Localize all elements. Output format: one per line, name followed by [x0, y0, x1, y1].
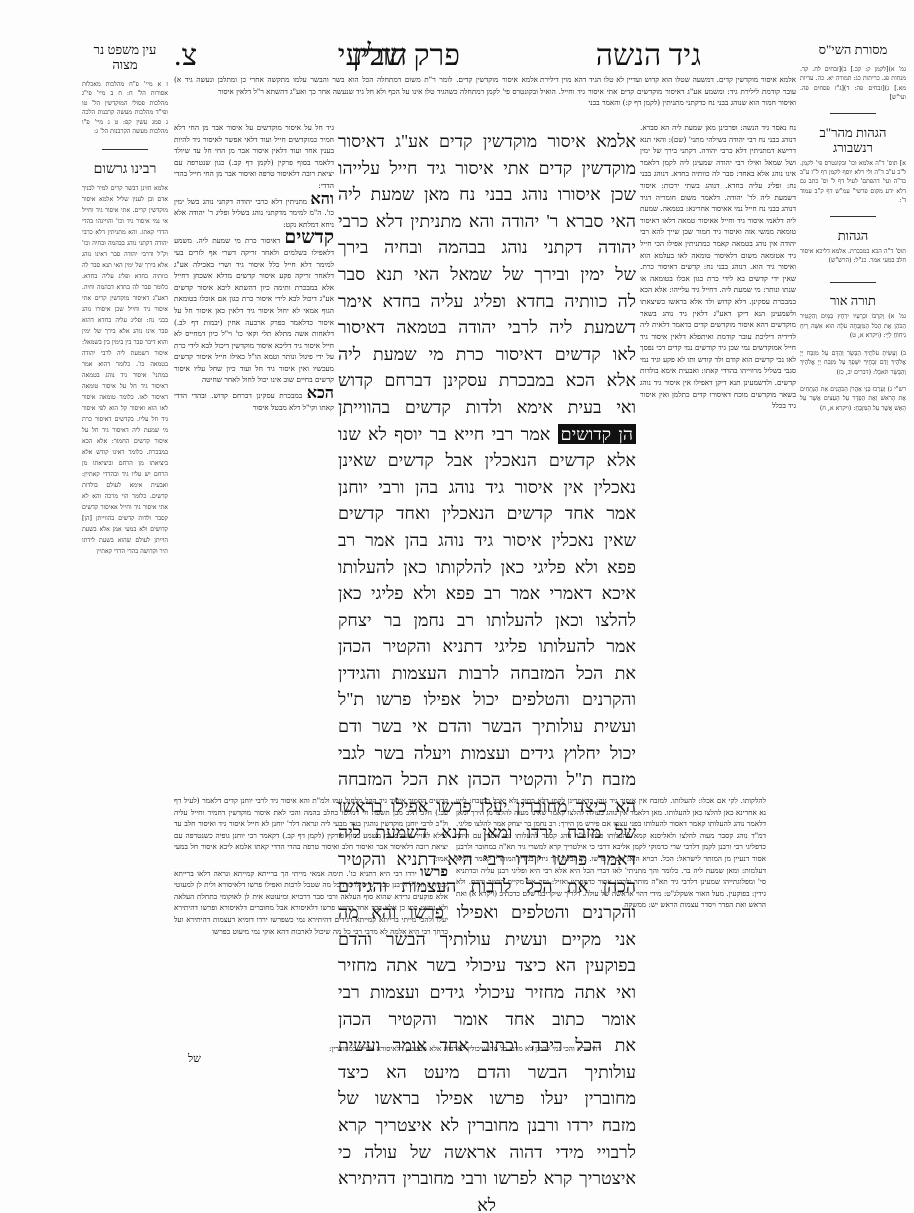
dibbur-hamatchil: הכא [307, 385, 334, 402]
gemara-line: פפא ולא פליגי כאן להלקותו כאן להעלותו [338, 554, 636, 581]
dibbur-hamatchil: פרשו [420, 865, 448, 880]
right-margin: מסורת השי"ס גמ' א)[לקמן ק: קכ.] ב)[זבחים… [800, 42, 906, 413]
gemara-line: בפוקעין הא כיצד עיכולי בשר אתה מחזיר [338, 952, 636, 979]
torah-or-verse-3: רש"י ג) וְעָרְכוּ בְּנֵי אַהֲרֹן הַכֹּהֲ… [800, 385, 906, 413]
gemara-line: מחוברין יעלו פרשו אפילו בראשו של [338, 1085, 636, 1112]
gemara-line: מזבח ירדו ורבנן מחוברין לא איצטריך קרא [338, 1112, 636, 1139]
tosafot-parshu: פרשו ירדו רבי היא דתניא כו'. תימה אמאי מ… [174, 867, 448, 938]
gemara-line: יכול יחלוץ גידים ועצמות ויעלה בשר לגבי [338, 740, 636, 767]
ein-mishpat-title: עין משפט נר מצוה [82, 42, 168, 72]
gemara-line: נאכלין אין איסור גיד נוהג בהן ורבי יוחנן [338, 474, 636, 501]
catchword: של [188, 1052, 201, 1065]
gemara-line: דשמעת ליה לרבי יהודה בטמאה דאיסור [338, 314, 636, 341]
gemara-line: ואי אתה מחזיר עיכולי גידים ועצמות רבי [338, 979, 636, 1006]
gemara-line: יהודה דקתני נוהג בבהמה ובחיה בירך [338, 234, 636, 261]
gemara-line: עולותיך הבשר והדם מיעט הא כיצד [338, 1059, 636, 1086]
gemara-line: אלמא איסור מוקדשין קדים אע"ג דאיסור [338, 128, 636, 155]
gemara-line-highlight: הן קדושים אמר רבי חייא בר יוסף לא שנו [338, 421, 636, 448]
tosafot-bottom: קדשים החמור איסור גיד הקל מלחול עמו ולמ"… [174, 795, 448, 937]
gemara-line: איכא דאמרי אמר רב פפא ולא פליגי כאן [338, 580, 636, 607]
page-header-folio: צ. [174, 40, 197, 72]
gemara-line: אומר כתוב אחד אומר והקטיר הכהן [338, 1006, 636, 1033]
rabbeinu-gershom-title: רבינו גרשום [82, 162, 168, 177]
gemara-line: לאו קדשים דאיסור כרת מי שמעת ליה [338, 341, 636, 368]
gemara-line: אמר להעלותו פליגי דתניא והקטיר הכהן [338, 633, 636, 660]
hagahot2-title: הגהות [800, 228, 906, 243]
tosafot-col-text: גיד חל על איסור מוקדשים על איסור אבר מן … [174, 122, 334, 192]
tosafot-hacha: הכא במבכרת עסקינן דברחם קדוש. ובהדי הדדי… [174, 388, 334, 413]
rashi-column: נח נאסר גיד הנשה: ופרכינן מאן שמעת ליה ה… [640, 122, 796, 412]
gemara-line: לרבויי מידי דהוה אראשה של עולה כי [338, 1139, 636, 1166]
gemara-line: שכן איסורו נוהג בבני נח מאן שמעת ליה [338, 181, 636, 208]
ein-mishpat-text: ז א מיי' פ"ח מהלכות מאכלות אסורות הל' ח:… [82, 80, 168, 136]
gemara-line: לה כוותיה בחדא ופליג עליה בחדא אימר [338, 288, 636, 315]
gemara-line: מזבח ת"ל והקטיר הכהן את הכל המזבחה [338, 766, 636, 793]
torah-or-verse-1: גמ' א) וְקִרְבּוֹ וּכְרָעָיו יִרְחַץ בַּ… [800, 312, 906, 340]
masoret-title: מסורת השי"ס [800, 42, 906, 57]
left-margin: עין משפט נר מצוה ז א מיי' פ"ח מהלכות מאכ… [82, 42, 168, 557]
torah-or-verse-2: ב) וְעָשִׂיתָ עֹלֹתֶיךָ הַבָּשָׂר וְהַדָ… [800, 349, 906, 377]
tosafot-bottom-text: קדשים החמור איסור גיד הקל מלחול עמו ולמ"… [174, 795, 448, 865]
masoret-text: גמ' א)[לקמן ק: קכ.] ב)[זבחים לח. קד. מנח… [800, 65, 906, 103]
rashi-bottom: להלקותו. לקי אם אכלו: להעלותו. למזבח אין… [456, 795, 766, 911]
gemara-line: האי סברא ר' יהודה והא מתניתין דלא כרבי [338, 208, 636, 235]
gemara-line: אלא קדשים הנאכלין אבל קדשים שאינן [338, 447, 636, 474]
tosafot-vehaa: והא מתניתין דלא כרבי יהודה דקתני נוהג בש… [174, 194, 334, 231]
rashi-top: אלמא איסור מוקדשין קדים. דמשעה שטלו הוא … [540, 74, 796, 109]
rabbeinu-gershom-text: אלמא חזינן דבשר קרים למיר לבניך אדם ובן … [82, 183, 168, 557]
ornament-divider [800, 279, 906, 285]
gemara-line: מוקדשין קדים אתי איסור גיד חייל עלייהו [338, 155, 636, 182]
gemara-line: איצטריך קרא לפרשו ורבי מחוברין דהיתירא [338, 1165, 636, 1192]
page-header-tractate: חולין [352, 40, 407, 72]
rashi-final-line: דהיתירא והכי נמי לרבנן לא מרבי כל מה שיכ… [250, 1043, 680, 1055]
ornament-divider [800, 214, 906, 220]
ornament-divider [800, 111, 906, 117]
gemara-line: של ימין ובירך של שמאל האי תנא סבר [338, 261, 636, 288]
hagahot-title: הגהות מהר"ב רנשבורג [800, 125, 906, 155]
tosafot-kodashim: קדשים דאיסור כרת מי שמעת ליה. משמע דלאפי… [174, 232, 334, 386]
gemara-line: ועשית עולותיך הבשר והדם אי בשר ודם [338, 713, 636, 740]
ornament-divider [82, 146, 168, 152]
gemara-line: שאין נאכלין איסור גיד נוהג בהן אמר רב [338, 527, 636, 554]
gemara-line: את הכל המזבחה לרבות העצמות והגידין [338, 660, 636, 687]
gemara-line: להלצו וכאן להעלותו רב נחמן בר יצחק [338, 607, 636, 634]
hagahot2-text: תוס' ד"ה הכא במבכרת. אלמא דליכא איסור חל… [800, 247, 906, 266]
highlighted-phrase[interactable]: הן קדושים [558, 424, 636, 444]
tosafot-column: גיד חל על איסור מוקדשים על איסור אבר מן … [174, 122, 334, 413]
tosafot-top: אלמא איסור מוקדשין קדים. לומר ר"ת משום ד… [174, 74, 538, 97]
gemara-line: ואי בעית אימא ולדות קדשים בהווייתן [338, 394, 636, 421]
gemara-line: והקרנים והטלפים יכול אפילו פרשו ת"ל [338, 686, 636, 713]
torah-or-title: תורה אור [800, 293, 906, 308]
dibbur-hamatchil: והא [310, 191, 334, 208]
page-header-right-title: גיד הנשה [596, 40, 701, 72]
dibbur-hamatchil: קדשים [284, 227, 334, 248]
gemara-last-word: לא [338, 1192, 636, 1213]
hagahot-text: א] תוס' ד"ה אלמא וכו' ובקונטרס פי' לקמן.… [800, 159, 906, 206]
gemara-line: אמר אחד קדשים הנאכלין ואחד קדשים [338, 500, 636, 527]
gemara-line: אלא הכא במבכרת עסקינן דברחם קדוש [338, 367, 636, 394]
